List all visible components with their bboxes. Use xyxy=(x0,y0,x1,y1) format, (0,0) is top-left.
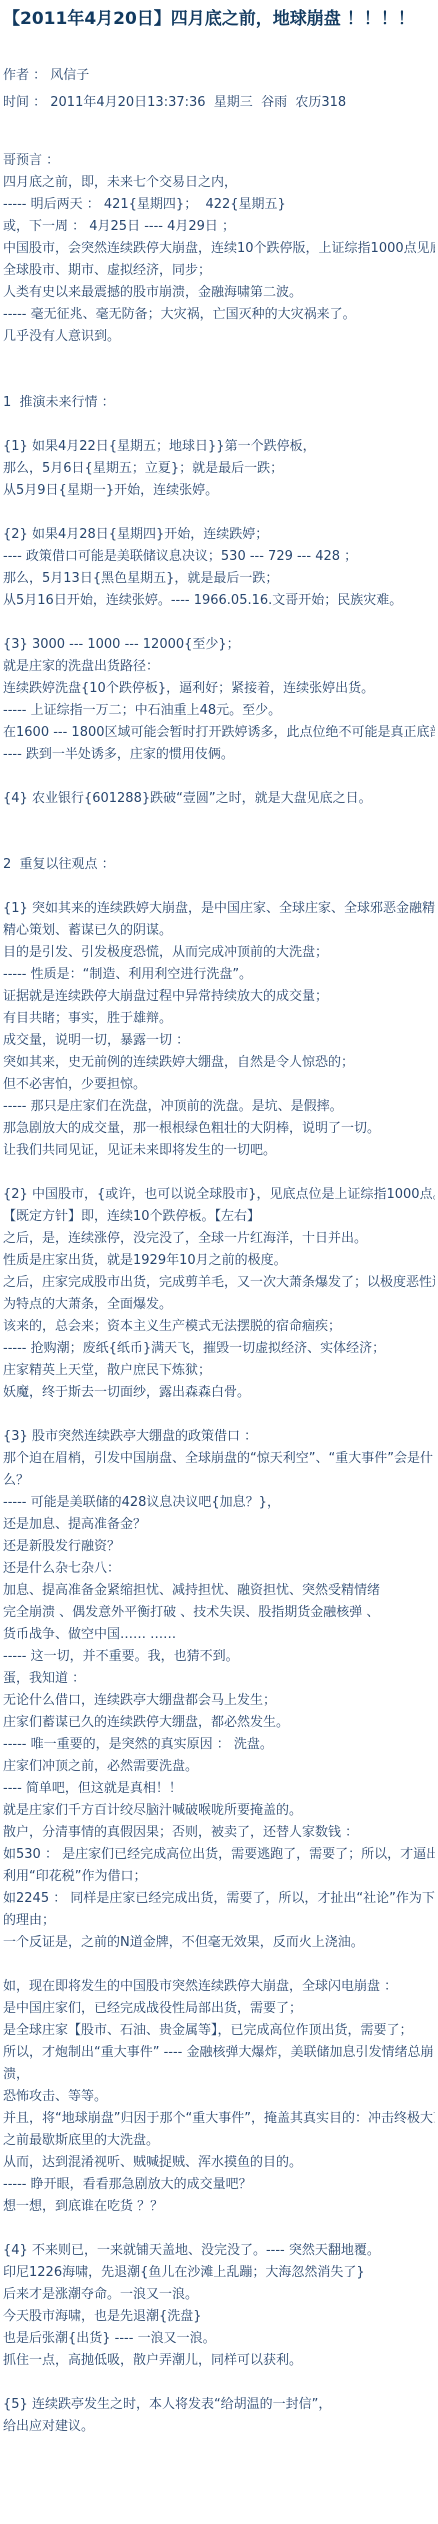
body-line: {5} 连续跌亭发生之时，本人将发表“给胡温的一封信”， xyxy=(3,2394,435,2416)
body-line: {4} 农业银行{601288}跌破“壹圆”之时，就是大盘见底之日。 xyxy=(3,788,435,810)
body-line: 有目共睹；事实，胜于雄辩。 xyxy=(3,1008,435,1030)
blank-line xyxy=(3,348,435,370)
blank-line xyxy=(3,370,435,392)
body-line: 之后，是，连续涨停，没完没了，全球一片红海洋，十日并出。 xyxy=(3,1228,435,1250)
body-line: 在1600 --- 1800区域可能会暂时打开跌婷诱多，此点位绝不可能是真正底部… xyxy=(3,722,435,744)
body-line: 的理由； xyxy=(3,1910,435,1932)
body-line: 那个迫在眉梢，引发中国崩盘、全球崩盘的“惊天利空”、“重大事件”会是什 xyxy=(3,1448,435,1470)
blank-line xyxy=(3,1162,435,1184)
blank-line xyxy=(3,1404,435,1426)
body-line: 妖魔，终于斯去一切面纱，露出森森白骨。 xyxy=(3,1382,435,1404)
blank-line xyxy=(3,612,435,634)
body-line: 或，下一周 ： 4月25日 ---- 4月29日 ； xyxy=(3,216,435,238)
body-line: ----- 毫无征兆、毫无防备；大灾祸，亡国灭种的大灾祸来了。 xyxy=(3,304,435,326)
body-line: 利用“印花税”作为借口； xyxy=(3,1866,435,1888)
blank-line xyxy=(3,876,435,898)
body-line: ----- 可能是美联储的428议息决议吧{加息？}， xyxy=(3,1492,435,1514)
blank-line xyxy=(3,2372,435,2394)
body-line: 抓住一点，高抛低吸，散户弄潮儿，同样可以获利。 xyxy=(3,2350,435,2372)
body-line: ---- 跌到一半处诱多，庄家的惯用伎俩。 xyxy=(3,744,435,766)
body-line: ----- 这一切，并不重要。我，也猜不到。 xyxy=(3,1646,435,1668)
body-line: {3} 3000 --- 1000 --- 12000{至少}； xyxy=(3,634,435,656)
body-line: 溃， xyxy=(3,2064,435,2086)
body-line: {1} 如果4月22日{星期五；地球日}}第一个跌停板， xyxy=(3,436,435,458)
body-line: {2} 中国股市，{或许，也可以说全球股市}，见底点位是上证综指1000点。 xyxy=(3,1184,435,1206)
body-line: 还是加息、提高准备金？ xyxy=(3,1514,435,1536)
body-line: 是中国庄家们，已经完成战役性局部出货，需要了； xyxy=(3,1998,435,2020)
body-line: 从5月16日开始，连续张婷。---- 1966.05.16.文哥开始；民族灾难。 xyxy=(3,590,435,612)
body-line: 该来的，总会来；资本主义生产模式无法摆脱的宿命痼疾； xyxy=(3,1316,435,1338)
post-time: 时间 ： 2011年4月20日13:37:36 星期三 谷雨 农历318 xyxy=(3,89,435,116)
body-line: 加息、提高准备金紧缩担忧、减持担忧、融资担忧、突然受精情绪 xyxy=(3,1580,435,1602)
body-line: ----- 唯一重要的，是突然的真实原因 ： 洗盘。 xyxy=(3,1734,435,1756)
body-line: {4} 不来则已，一来就铺天盖地、没完没了。---- 突然天翻地覆。 xyxy=(3,2240,435,2262)
body-line: 人类有史以来最震撼的股市崩溃，金融海啸第二波。 xyxy=(3,282,435,304)
body-line: 如530 ： 是庄家们已经完成高位出货，需要逃跑了，需要了；所以，才逼出、 xyxy=(3,1844,435,1866)
body-line: 精心策划、蓄谋已久的阴谋。 xyxy=(3,920,435,942)
body-line: 那么，5月13日{黑色星期五}，就是最后一跌； xyxy=(3,568,435,590)
body-line: 之前最歇斯底里的大洗盘。 xyxy=(3,2130,435,2152)
body-line: 哥预言 ： xyxy=(3,150,435,172)
body-line: 成交量，说明一切，暴露一切 ： xyxy=(3,1030,435,1052)
body-line: 还是什么杂七杂八： xyxy=(3,1558,435,1580)
post-author: 作者 ： 风信子 xyxy=(3,62,435,89)
blank-line xyxy=(3,1954,435,1976)
body-line: 性质是庄家出货，就是1929年10月之前的极度。 xyxy=(3,1250,435,1272)
page: { "colors": { "background": "#ffffff", "… xyxy=(0,0,438,2524)
body-line: 恐怖攻击、等等。 xyxy=(3,2086,435,2108)
body-line: 之后，庄家完成股市出货，完成剪羊毛，又一次大萧条爆发了；以极度恶性通胀 xyxy=(3,1272,435,1294)
body-line: 今天股市海啸，也是先退潮{洗盘} xyxy=(3,2306,435,2328)
body-line: ----- 那只是庄家们在洗盘，冲顶前的洗盘。是坑、是假摔。 xyxy=(3,1096,435,1118)
body-line: 【既定方针】即，连续10个跌停板。【左右】 xyxy=(3,1206,435,1228)
body-line: 么？ xyxy=(3,1470,435,1492)
body-line: {2} 如果4月28日{星期四}开始，连续跌婷； xyxy=(3,524,435,546)
blank-line xyxy=(3,832,435,854)
body-line: 1 推演未来行情 ： xyxy=(3,392,435,414)
post-title: 【2011年4月20日】四月底之前，地球崩盘 ！！！！ xyxy=(3,8,435,30)
body-line: 连续跌婷洗盘{10个跌停板}，逼利好；紧接着，连续张婷出货。 xyxy=(3,678,435,700)
body-line: 那急剧放大的成交量，那一根根绿色粗壮的大阴棒，说明了一切。 xyxy=(3,1118,435,1140)
blank-line xyxy=(3,502,435,524)
body-line: 庄家精英上天堂，散户庶民下炼狱； xyxy=(3,1360,435,1382)
body-line: 庄家们冲顶之前，必然需要洗盘。 xyxy=(3,1756,435,1778)
blank-line xyxy=(3,414,435,436)
body-line: 四月底之前，即，未来七个交易日之内， xyxy=(3,172,435,194)
body-line: 全球股市、期市、虚拟经济，同步； xyxy=(3,260,435,282)
body-line: 并且，将“地球崩盘”归因于那个“重大事件”，掩盖其真实目的：冲击终极大顶 xyxy=(3,2108,435,2130)
body-line: 给出应对建议。 xyxy=(3,2416,435,2438)
body-line: 但不必害怕，少要担惊。 xyxy=(3,1074,435,1096)
body-line: 证据就是连续跌停大崩盘过程中异常持续放大的成交量； xyxy=(3,986,435,1008)
body-line: 也是后张潮{出货} ---- 一浪又一浪。 xyxy=(3,2328,435,2350)
body-line: 货币战争、做空中国…… …… xyxy=(3,1624,435,1646)
body-line: 中国股市，会突然连续跌停大崩盘，连续10个跌停版，上证综指1000点见底； xyxy=(3,238,435,260)
body-line: ----- 上证综指一万二；中石油重上48元。至少。 xyxy=(3,700,435,722)
body-line: 一个反证是，之前的N道金牌，不但毫无效果，反而火上浇油。 xyxy=(3,1932,435,1954)
body-line: 蛋，我知道 ： xyxy=(3,1668,435,1690)
blog-post: 【2011年4月20日】四月底之前，地球崩盘 ！！！！ 作者 ： 风信子 时间 … xyxy=(0,0,438,2438)
body-line: ----- 性质是：“制造、利用利空进行洗盘”。 xyxy=(3,964,435,986)
body-line: ----- 睁开眼，看看那急剧放大的成交量吧？ xyxy=(3,2174,435,2196)
body-line: 就是庄家的洗盘出货路径： xyxy=(3,656,435,678)
body-line: 那么，5月6日{星期五；立夏}；就是最后一跌； xyxy=(3,458,435,480)
body-line: 是全球庄家【股市、石油、贵金属等】，已完成高位作顶出货，需要了； xyxy=(3,2020,435,2042)
body-line: 想一想，到底谁在吃货 ？？ xyxy=(3,2196,435,2218)
body-line: 2 重复以往观点 ： xyxy=(3,854,435,876)
body-line: 从5月9日{星期一}开始，连续张婷。 xyxy=(3,480,435,502)
body-line: ---- 政策借口可能是美联储议息决议；530 --- 729 --- 428 … xyxy=(3,546,435,568)
body-line: 目的是引发、引发极度恐慌，从而完成冲顶前的大洗盘； xyxy=(3,942,435,964)
body-line: 无论什么借口，连续跌亭大绷盘都会马上发生； xyxy=(3,1690,435,1712)
body-line: ---- 简单吧，但这就是真相！！ xyxy=(3,1778,435,1800)
blank-line xyxy=(3,766,435,788)
body-line: ----- 抢购潮；废纸{纸币}满天飞，摧毁一切虚拟经济、实体经济； xyxy=(3,1338,435,1360)
blank-line xyxy=(3,810,435,832)
body-line: 完全崩溃 、偶发意外平衡打破 、技术失误、股指期货金融核弹 、 xyxy=(3,1602,435,1624)
body-line: 从而，达到混淆视听、贼喊捉贼、浑水摸鱼的目的。 xyxy=(3,2152,435,2174)
body-line: {3} 股市突然连续跌亭大绷盘的政策借口 ： xyxy=(3,1426,435,1448)
body-line: 庄家们蓄谋已久的连续跌停大绷盘，都必然发生。 xyxy=(3,1712,435,1734)
body-line: 所以，才炮制出“重大事件” ---- 金融核弹大爆炸，美联储加息引发情绪总崩 xyxy=(3,2042,435,2064)
body-line: 就是庄家们千方百计绞尽脑汁喊破喉咙所要掩盖的。 xyxy=(3,1800,435,1822)
body-line: 后来才是涨潮夺命。一浪又一浪。 xyxy=(3,2284,435,2306)
body-line: {1} 突如其来的连续跌婷大崩盘，是中国庄家、全球庄家、全球邪恶金融精英 xyxy=(3,898,435,920)
body-line: 印尼1226海啸，先退潮{鱼儿在沙滩上乱蹦；大海忽然消失了} xyxy=(3,2262,435,2284)
body-line: 突如其来，史无前例的连续跌婷大绷盘，自然是令人惊恐的； xyxy=(3,1052,435,1074)
post-meta: 作者 ： 风信子 时间 ： 2011年4月20日13:37:36 星期三 谷雨 … xyxy=(3,62,435,116)
blank-line xyxy=(3,2218,435,2240)
body-line: 如，现在即将发生的中国股市突然连续跌停大崩盘，全球闪电崩盘 ： xyxy=(3,1976,435,1998)
body-line: 几乎没有人意识到。 xyxy=(3,326,435,348)
body-line: 如2245 ： 同样是庄家已经完成出货，需要了，所以，才扯出“社论”作为下跌 xyxy=(3,1888,435,1910)
post-body: 哥预言 ：四月底之前，即，未来七个交易日之内，----- 明后两天 ： 421{… xyxy=(3,150,435,2438)
body-line: 散户，分清事情的真假因果；否则，被卖了，还替人家数钱 ： xyxy=(3,1822,435,1844)
body-line: ----- 明后两天 ： 421{星期四}； 422{星期五} xyxy=(3,194,435,216)
body-line: 为特点的大萧条，全面爆发。 xyxy=(3,1294,435,1316)
body-line: 还是新股发行融资？ xyxy=(3,1536,435,1558)
body-line: 让我们共同见证，见证未来即将发生的一切吧。 xyxy=(3,1140,435,1162)
